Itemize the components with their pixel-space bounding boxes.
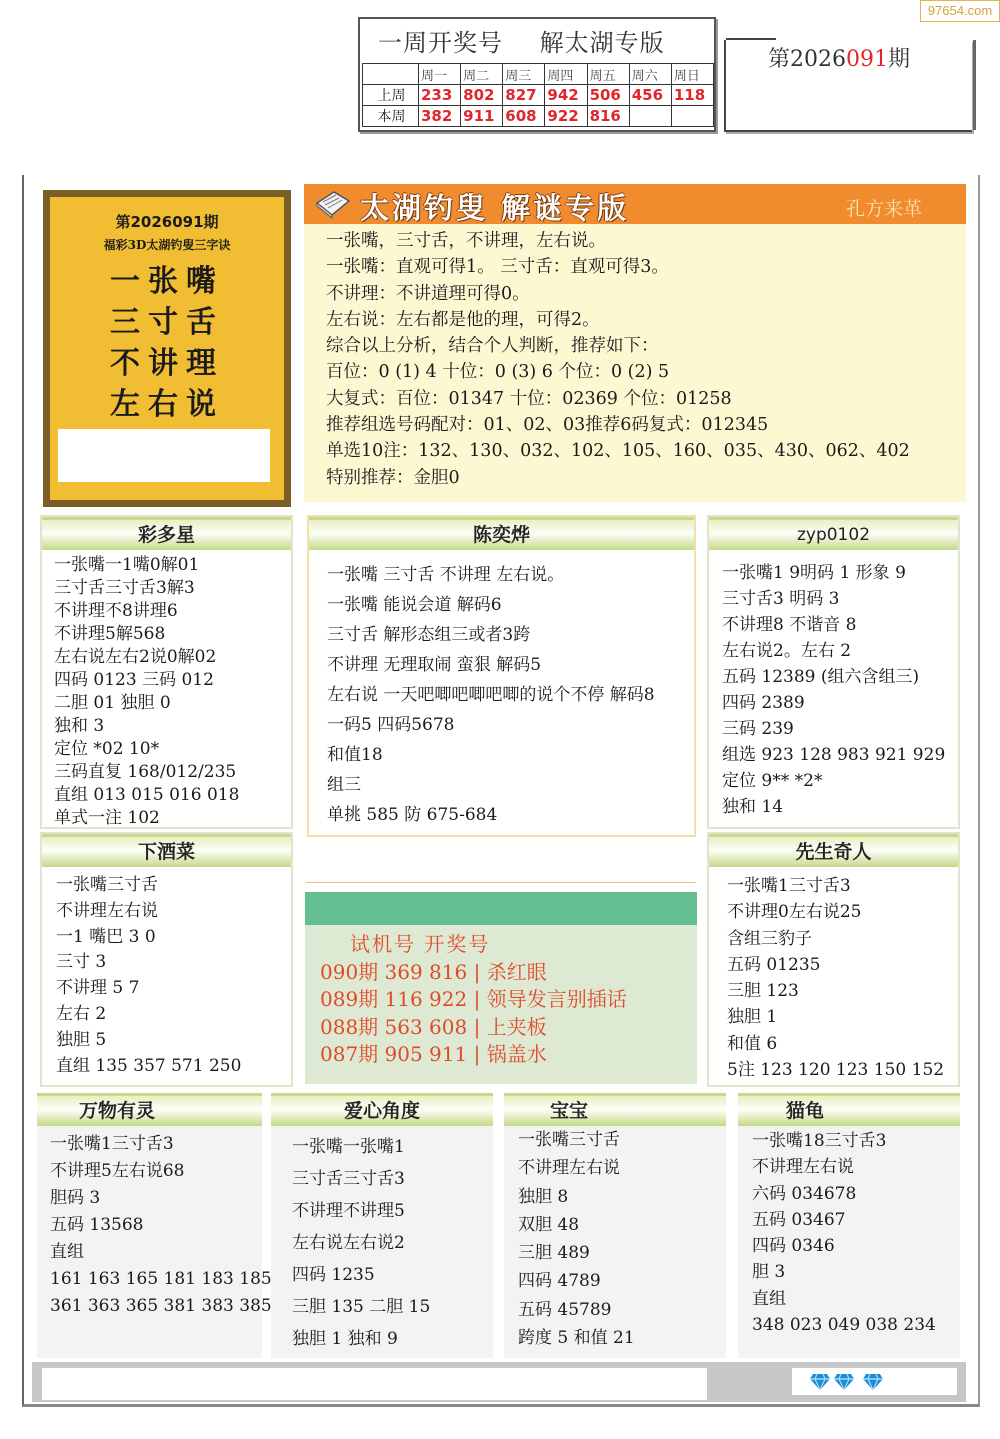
result-cell: 942 — [545, 85, 587, 106]
card-line: 不讲理8 不谐音 8 — [722, 612, 958, 638]
card-line: 左右说左右说2 — [292, 1227, 493, 1259]
mnemonic-lines: 一张嘴 三寸舌 不讲理 左右说 — [50, 261, 284, 425]
card-line: 定位 *02 10* — [54, 738, 291, 761]
card-body: 一张嘴一张嘴1 三寸舌三寸舌3 不讲理不讲理5 左右说左右说2 四码 1235 … — [271, 1126, 493, 1358]
day-header: 周二 — [461, 64, 503, 85]
card-line: 一张嘴 能说会道 解码6 — [327, 590, 694, 620]
card-title: 彩多星 — [42, 517, 291, 550]
card-title: 下酒菜 — [42, 834, 291, 867]
card-line: 不讲理不讲理5 — [292, 1195, 493, 1227]
card-line: 一张嘴 三寸舌 不讲理 左右说。 — [327, 560, 694, 590]
row-label: 本周 — [363, 106, 419, 127]
card-line: 四码 4789 — [518, 1267, 726, 1295]
card-line: 一张嘴1三寸舌3 — [50, 1131, 262, 1158]
mnemonic-line: 不讲理 — [50, 343, 284, 384]
card-body: 一张嘴三寸舌 不讲理左右说 独胆 8 双胆 48 三胆 489 四码 4789 … — [504, 1126, 726, 1358]
analysis-line: 左右说：左右都是他的理，可得2。 — [326, 307, 966, 333]
card-line: 三寸舌3 明码 3 — [722, 586, 958, 612]
day-header: 周四 — [545, 64, 587, 85]
card-line: 左右 2 — [56, 1002, 291, 1028]
result-cell: 233 — [419, 85, 461, 106]
card-body: 一张嘴18三寸舌3 不讲理左右说 六码 034678 五码 03467 四码 0… — [738, 1126, 960, 1358]
card-line: 五码 13568 — [50, 1212, 262, 1239]
card-line: 直组 135 357 571 250 — [56, 1054, 291, 1080]
card-line: 直组 013 015 016 018 — [54, 784, 291, 807]
issue-suffix: 期 — [888, 47, 910, 72]
day-header: 周六 — [629, 64, 671, 85]
card-line: 左右说左右2说0解02 — [54, 646, 291, 669]
card-line: 双胆 48 — [518, 1211, 726, 1239]
analysis-line: 推荐组选号码配对：01、02、03推荐6码复式：012345 — [326, 412, 966, 438]
table-row: 上周 233 802 827 942 506 456 118 — [363, 85, 714, 106]
card-line: 一张嘴一1嘴0解01 — [54, 554, 291, 577]
diamond-icon — [863, 1373, 883, 1391]
result-cell: 456 — [629, 85, 671, 106]
card-zyp0102: zyp0102 一张嘴1 9明码 1 形象 9 三寸舌3 明码 3 不讲理8 不… — [707, 515, 960, 829]
weekly-title-left: 一周开奖号 — [378, 29, 503, 57]
card-line: 三寸舌三寸舌3 — [292, 1163, 493, 1195]
weekly-title-right: 解太湖专版 — [540, 29, 665, 57]
card-wanwuyouling: 万物有灵 一张嘴1三寸舌3 不讲理5左右说68 胆码 3 五码 13568 直组… — [37, 1093, 262, 1358]
card-title: zyp0102 — [709, 517, 958, 550]
analysis-line: 单选10注：132、130、032、102、105、160、035、430、06… — [326, 438, 966, 464]
card-line: 和值 6 — [727, 1031, 958, 1057]
result-cell — [629, 106, 671, 127]
weekly-results-table: 周一 周二 周三 周四 周五 周六 周日 上周 233 802 827 942 … — [362, 63, 714, 127]
mnemonic-subtitle: 福彩3D太湖钓叟三字诀 — [50, 236, 284, 253]
blank-area — [58, 429, 270, 482]
card-line: 三胆 135 二胆 15 — [292, 1291, 493, 1323]
diamond-icon — [810, 1373, 830, 1391]
card-line: 5注 123 120 123 150 152 — [727, 1057, 958, 1083]
card-body: 一张嘴三寸舌 不讲理左右说 一1 嘴巴 3 0 三寸 3 不讲理 5 7 左右 … — [42, 867, 291, 1079]
table-header-row: 周一 周二 周三 周四 周五 周六 周日 — [363, 64, 714, 85]
card-line: 五码 01235 — [727, 952, 958, 978]
card-line: 五码 12389 (组六含组三) — [722, 664, 958, 690]
card-line: 独胆 1 — [727, 1004, 958, 1030]
mnemonic-issue: 第2026091期 — [50, 211, 284, 232]
row-label: 上周 — [363, 85, 419, 106]
mnemonic-line: 一张嘴 — [50, 261, 284, 302]
result-cell: 911 — [461, 106, 503, 127]
card-line: 左右说 一天吧唧吧唧吧唧的说个不停 解码8 — [327, 680, 694, 710]
card-line: 三寸舌 解形态组三或者3跨 — [327, 620, 694, 650]
trial-header-bar — [305, 892, 697, 925]
result-cell: 816 — [587, 106, 629, 127]
result-cell: 118 — [671, 85, 713, 106]
card-line: 四码 0346 — [752, 1233, 960, 1259]
card-line: 六码 034678 — [752, 1181, 960, 1207]
day-header: 周一 — [419, 64, 461, 85]
analysis-line: 百位：0 (1) 4 十位：0 (3) 6 个位：0 (2) 5 — [326, 359, 966, 385]
card-line: 161 163 165 181 183 185 — [50, 1266, 262, 1293]
card-title: 宝宝 — [504, 1093, 726, 1126]
card-title: 爱心角度 — [271, 1093, 493, 1126]
card-title: 万物有灵 — [37, 1093, 262, 1126]
weekly-results-box: 一周开奖号 解太湖专版 周一 周二 周三 周四 周五 周六 周日 上周 233 … — [358, 17, 716, 132]
card-line: 不讲理5左右说68 — [50, 1158, 262, 1185]
card-line: 单式一注 102 — [54, 807, 291, 830]
card-line: 348 023 049 038 234 — [752, 1312, 960, 1338]
analysis-line: 综合以上分析，结合个人判断，推荐如下： — [326, 333, 966, 359]
card-baobao: 宝宝 一张嘴三寸舌 不讲理左右说 独胆 8 双胆 48 三胆 489 四码 47… — [504, 1093, 726, 1358]
card-line: 五码 03467 — [752, 1207, 960, 1233]
card-line: 四码 2389 — [722, 690, 958, 716]
table-row: 本周 382 911 608 922 816 — [363, 106, 714, 127]
card-line: 和值18 — [327, 740, 694, 770]
card-line: 左右说2。左右 2 — [722, 638, 958, 664]
card-xiajiucai: 下酒菜 一张嘴三寸舌 不讲理左右说 一1 嘴巴 3 0 三寸 3 不讲理 5 7… — [40, 832, 293, 1087]
trial-numbers-box: 试机号 开奖号 090期 369 816 | 杀红眼 089期 116 922 … — [305, 892, 697, 1084]
card-line: 一张嘴三寸舌 — [518, 1126, 726, 1154]
card-line: 独和 14 — [722, 794, 958, 820]
card-xianshengqiren: 先生奇人 一张嘴1三寸舌3 不讲理0左右说25 含组三豹子 五码 01235 三… — [707, 832, 960, 1087]
card-line: 一张嘴三寸舌 — [56, 873, 291, 899]
card-line: 组选 923 128 983 921 929 — [722, 742, 958, 768]
weekly-title: 一周开奖号 解太湖专版 — [360, 19, 714, 63]
analysis-header: 太湖钓叟 解谜专版 孔方来革 — [304, 184, 966, 224]
day-header: 周三 — [503, 64, 545, 85]
card-aixinjiaodu: 爱心角度 一张嘴一张嘴1 三寸舌三寸舌3 不讲理不讲理5 左右说左右说2 四码 … — [271, 1093, 493, 1358]
card-line: 独胆 5 — [56, 1028, 291, 1054]
analysis-line: 大复式：百位：01347 十位：02369 个位：01258 — [326, 386, 966, 412]
card-line: 三寸 3 — [56, 950, 291, 976]
analysis-panel: 太湖钓叟 解谜专版 孔方来革 一张嘴，三寸舌，不讲理，左右说。 一张嘴：直观可得… — [304, 184, 966, 502]
result-cell: 922 — [545, 106, 587, 127]
card-line: 组三 — [327, 770, 694, 800]
footer-bar — [32, 1362, 966, 1402]
trial-header: 试机号 开奖号 — [305, 931, 697, 959]
card-body: 一张嘴1三寸舌3 不讲理5左右说68 胆码 3 五码 13568 直组 161 … — [37, 1126, 262, 1358]
card-line: 不讲理5解568 — [54, 623, 291, 646]
card-line: 不讲理 5 7 — [56, 976, 291, 1002]
card-line: 三码直复 168/012/235 — [54, 761, 291, 784]
card-line: 四码 1235 — [292, 1259, 493, 1291]
analysis-title: 太湖钓叟 解谜专版 — [360, 186, 629, 227]
card-line: 不讲理左右说 — [56, 899, 291, 925]
result-cell — [671, 106, 713, 127]
card-line: 三码 239 — [722, 716, 958, 742]
card-body: 一张嘴一1嘴0解01 三寸舌三寸舌3解3 不讲理不8讲理6 不讲理5解568 左… — [42, 550, 291, 830]
result-cell: 506 — [587, 85, 629, 106]
trial-row: 087期 905 911 | 锅盖水 — [305, 1041, 697, 1069]
card-line: 一张嘴一张嘴1 — [292, 1131, 493, 1163]
card-line: 不讲理 无理取闹 蛮狠 解码5 — [327, 650, 694, 680]
card-line: 一张嘴1 9明码 1 形象 9 — [722, 560, 958, 586]
card-line: 三胆 489 — [518, 1239, 726, 1267]
card-line: 一码5 四码5678 — [327, 710, 694, 740]
card-line: 含组三豹子 — [727, 926, 958, 952]
issue-number: 第2026091期 — [768, 42, 910, 73]
mnemonic-box: 第2026091期 福彩3D太湖钓叟三字诀 一张嘴 三寸舌 不讲理 左右说 — [43, 190, 291, 507]
card-line: 独和 3 — [54, 715, 291, 738]
card-line: 三寸舌三寸舌3解3 — [54, 577, 291, 600]
card-line: 五码 45789 — [518, 1296, 726, 1324]
result-cell: 827 — [503, 85, 545, 106]
diamond-icon — [834, 1373, 854, 1391]
card-title: 猫龟 — [738, 1093, 960, 1126]
card-line: 一1 嘴巴 3 0 — [56, 925, 291, 951]
mnemonic-line: 左右说 — [50, 384, 284, 425]
card-line: 三胆 123 — [727, 978, 958, 1004]
card-line: 不讲理不8讲理6 — [54, 600, 291, 623]
result-cell: 382 — [419, 106, 461, 127]
card-title: 先生奇人 — [709, 834, 958, 867]
day-header: 周日 — [671, 64, 713, 85]
card-body: 一张嘴1三寸舌3 不讲理0左右说25 含组三豹子 五码 01235 三胆 123… — [709, 867, 958, 1083]
card-line: 胆码 3 — [50, 1185, 262, 1212]
card-body: 一张嘴 三寸舌 不讲理 左右说。 一张嘴 能说会道 解码6 三寸舌 解形态组三或… — [309, 550, 694, 830]
analysis-line: 一张嘴：直观可得1。 三寸舌：直观可得3。 — [326, 254, 966, 280]
card-line: 四码 0123 三码 012 — [54, 669, 291, 692]
card-line: 直组 — [752, 1286, 960, 1312]
card-line: 二胆 01 独胆 0 — [54, 692, 291, 715]
card-caiduoxing: 彩多星 一张嘴一1嘴0解01 三寸舌三寸舌3解3 不讲理不8讲理6 不讲理5解5… — [40, 515, 293, 829]
card-line: 一张嘴18三寸舌3 — [752, 1128, 960, 1154]
day-header: 周五 — [587, 64, 629, 85]
card-maogui: 猫龟 一张嘴18三寸舌3 不讲理左右说 六码 034678 五码 03467 四… — [738, 1093, 960, 1358]
card-line: 不讲理0左右说25 — [727, 899, 958, 925]
issue-number-box: 第2026091期 — [724, 40, 972, 132]
card-line: 不讲理左右说 — [752, 1154, 960, 1180]
analysis-author: 孔方来革 — [846, 194, 922, 221]
result-cell: 802 — [461, 85, 503, 106]
rating-box — [792, 1368, 957, 1395]
analysis-line: 特别推荐：金胆0 — [326, 465, 966, 491]
trial-row: 090期 369 816 | 杀红眼 — [305, 959, 697, 987]
table-corner — [363, 64, 419, 85]
issue-prefix: 第2026 — [768, 47, 846, 72]
analysis-line: 一张嘴，三寸舌，不讲理，左右说。 — [326, 228, 966, 254]
issue-number-highlight: 091 — [846, 47, 888, 72]
mnemonic-line: 三寸舌 — [50, 302, 284, 343]
card-line: 单挑 585 防 675-684 — [327, 800, 694, 830]
analysis-line: 不讲理：不讲道理可得0。 — [326, 281, 966, 307]
card-body: 一张嘴1 9明码 1 形象 9 三寸舌3 明码 3 不讲理8 不谐音 8 左右说… — [709, 550, 958, 820]
card-line: 一张嘴1三寸舌3 — [727, 873, 958, 899]
card-line: 361 363 365 381 383 385 — [50, 1293, 262, 1320]
card-line: 独胆 1 独和 9 — [292, 1323, 493, 1355]
divider — [306, 882, 696, 883]
trial-row: 088期 563 608 | 上夹板 — [305, 1014, 697, 1042]
card-line: 定位 9** *2* — [722, 768, 958, 794]
result-cell: 608 — [503, 106, 545, 127]
trial-row: 089期 116 922 | 领导发言别插话 — [305, 986, 697, 1014]
card-chenyihua: 陈奕烨 一张嘴 三寸舌 不讲理 左右说。 一张嘴 能说会道 解码6 三寸舌 解形… — [307, 515, 696, 837]
site-watermark: 97654.com — [920, 0, 1000, 22]
footer-blank — [42, 1368, 707, 1400]
card-line: 不讲理左右说 — [518, 1154, 726, 1182]
card-line: 胆 3 — [752, 1259, 960, 1285]
book-icon — [314, 189, 352, 219]
card-line: 跨度 5 和值 21 — [518, 1324, 726, 1352]
card-title: 陈奕烨 — [309, 517, 694, 550]
analysis-text: 一张嘴，三寸舌，不讲理，左右说。 一张嘴：直观可得1。 三寸舌：直观可得3。 不… — [304, 224, 966, 491]
card-line: 独胆 8 — [518, 1183, 726, 1211]
card-line: 直组 — [50, 1239, 262, 1266]
